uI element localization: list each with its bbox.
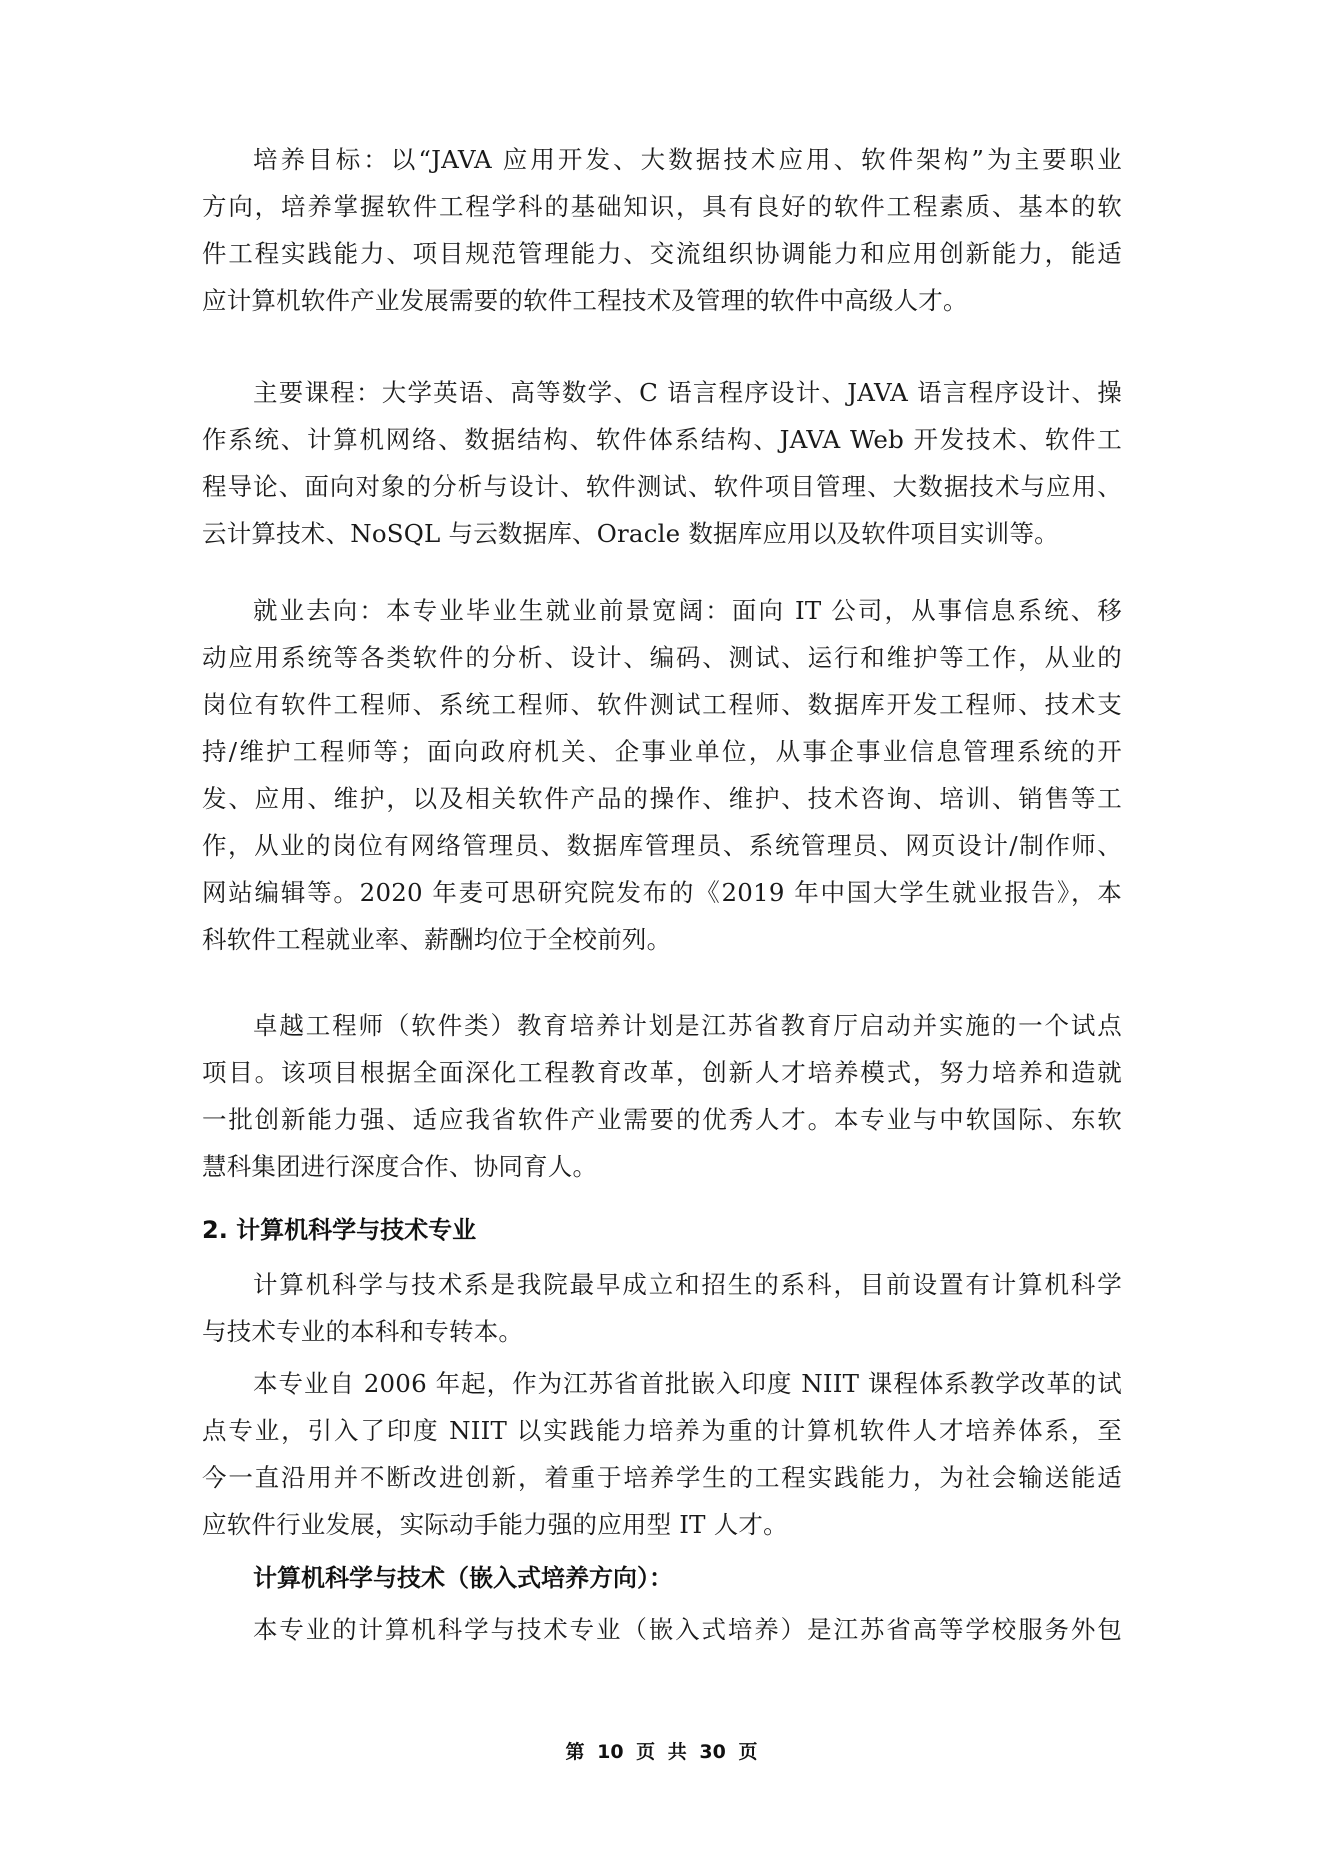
paragraph-excellent-engineer-line: 卓越工程师（软件类）教育培养计划是江苏省教育厅启动并实施的一个试点 <box>253 1006 1122 1046</box>
section-heading: 2. 计算机科学与技术专业 <box>202 1210 476 1250</box>
page-number-footer: 第 10 页 共 30 页 <box>0 1737 1323 1764</box>
paragraph-niit-reform-line: 点专业，引入了印度 NIIT 以实践能力培养为重的计算机软件人才培养体系，至 <box>202 1411 1122 1451</box>
paragraph-niit-reform-line: 本专业自 2006 年起，作为江苏省首批嵌入印度 NIIT 课程体系教学改革的试 <box>253 1364 1122 1404</box>
paragraph-employment-line: 持/维护工程师等；面向政府机关、企事业单位，从事企事业信息管理系统的开 <box>202 732 1122 772</box>
paragraph-cs-dept-intro-line: 与技术专业的本科和专转本。 <box>202 1312 1122 1352</box>
paragraph-employment-line: 发、应用、维护，以及相关软件产品的操作、维护、技术咨询、培训、销售等工 <box>202 779 1122 819</box>
paragraph-training-goal-line: 方向，培养掌握软件工程学科的基础知识，具有良好的软件工程素质、基本的软 <box>202 187 1122 227</box>
sub-heading: 计算机科学与技术（嵌入式培养方向）： <box>253 1558 673 1598</box>
paragraph-employment-line: 岗位有软件工程师、系统工程师、软件测试工程师、数据库开发工程师、技术支 <box>202 685 1122 725</box>
paragraph-excellent-engineer-line: 慧科集团进行深度合作、协同育人。 <box>202 1147 1122 1187</box>
document-page: 培养目标：以“JAVA 应用开发、大数据技术应用、软件架构”为主要职业 方向，培… <box>0 0 1323 1871</box>
paragraph-main-courses-line: 云计算技术、NoSQL 与云数据库、Oracle 数据库应用以及软件项目实训等。 <box>202 514 1122 554</box>
paragraph-employment-line: 网站编辑等。2020 年麦可思研究院发布的《2019 年中国大学生就业报告》，本 <box>202 873 1122 913</box>
paragraph-training-goal-line: 应计算机软件产业发展需要的软件工程技术及管理的软件中高级人才。 <box>202 281 1122 321</box>
paragraph-excellent-engineer-line: 一批创新能力强、适应我省软件产业需要的优秀人才。本专业与中软国际、东软 <box>202 1100 1122 1140</box>
paragraph-training-goal-line: 件工程实践能力、项目规范管理能力、交流组织协调能力和应用创新能力，能适 <box>202 234 1122 274</box>
paragraph-embedded-direction-line: 本专业的计算机科学与技术专业（嵌入式培养）是江苏省高等学校服务外包 <box>253 1610 1122 1650</box>
paragraph-employment-line: 就业去向：本专业毕业生就业前景宽阔：面向 IT 公司，从事信息系统、移 <box>253 591 1122 631</box>
paragraph-employment-line: 动应用系统等各类软件的分析、设计、编码、测试、运行和维护等工作，从业的 <box>202 638 1122 678</box>
paragraph-main-courses-line: 程导论、面向对象的分析与设计、软件测试、软件项目管理、大数据技术与应用、 <box>202 467 1122 507</box>
paragraph-employment-line: 科软件工程就业率、薪酬均位于全校前列。 <box>202 920 1122 960</box>
paragraph-training-goal-line: 培养目标：以“JAVA 应用开发、大数据技术应用、软件架构”为主要职业 <box>253 140 1122 180</box>
paragraph-employment-line: 作，从业的岗位有网络管理员、数据库管理员、系统管理员、网页设计/制作师、 <box>202 826 1122 866</box>
paragraph-main-courses-line: 作系统、计算机网络、数据结构、软件体系结构、JAVA Web 开发技术、软件工 <box>202 420 1122 460</box>
paragraph-niit-reform-line: 今一直沿用并不断改进创新，着重于培养学生的工程实践能力，为社会输送能适 <box>202 1458 1122 1498</box>
paragraph-niit-reform-line: 应软件行业发展，实际动手能力强的应用型 IT 人才。 <box>202 1505 1122 1545</box>
paragraph-cs-dept-intro-line: 计算机科学与技术系是我院最早成立和招生的系科，目前设置有计算机科学 <box>253 1265 1122 1305</box>
paragraph-excellent-engineer-line: 项目。该项目根据全面深化工程教育改革，创新人才培养模式，努力培养和造就 <box>202 1053 1122 1093</box>
paragraph-main-courses-line: 主要课程：大学英语、高等数学、C 语言程序设计、JAVA 语言程序设计、操 <box>253 373 1122 413</box>
